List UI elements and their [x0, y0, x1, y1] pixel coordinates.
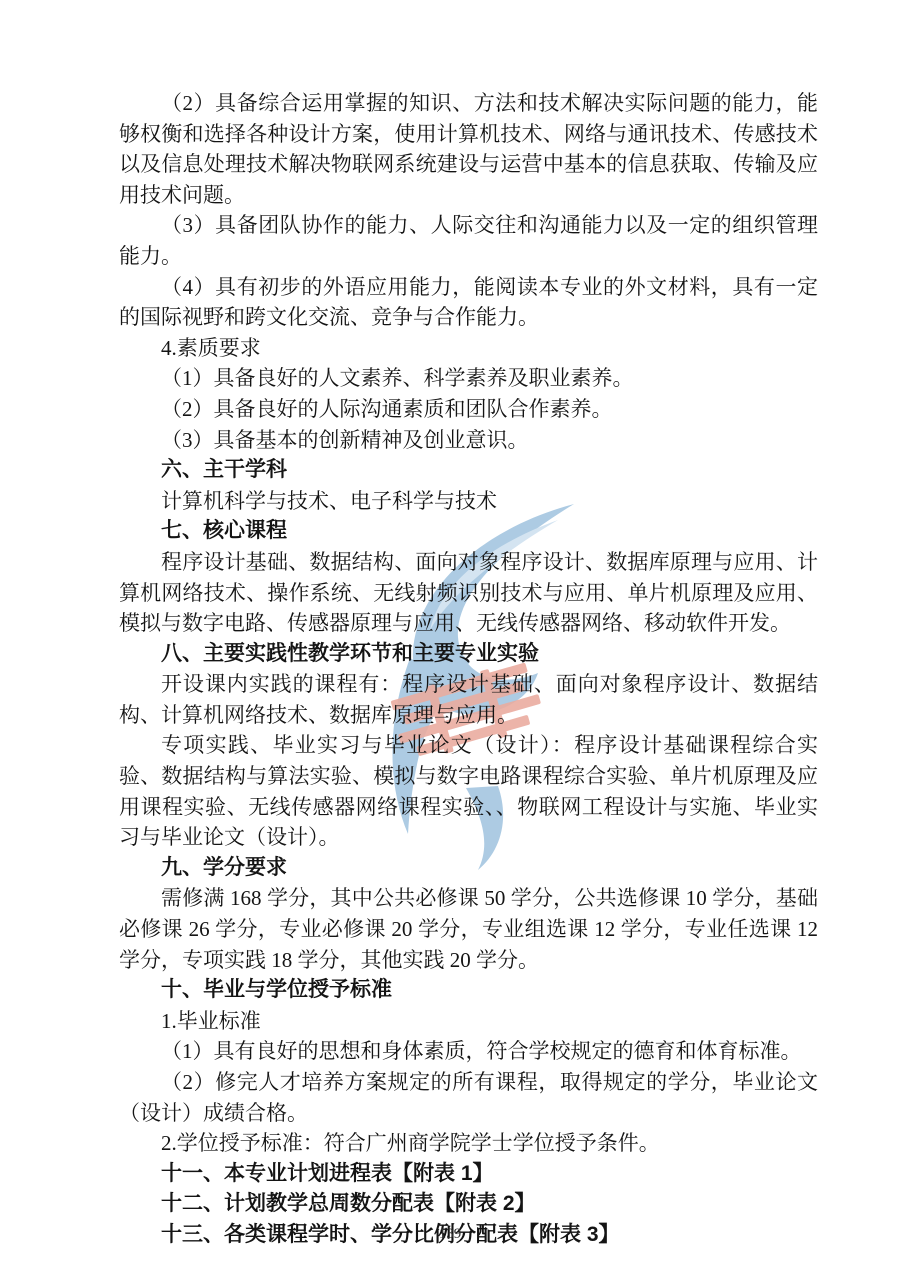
paragraph: 需修满 168 学分，其中公共必修课 50 学分，公共选修课 10 学分，基础必… [119, 883, 818, 975]
section-heading: 六、主干学科 [119, 455, 818, 486]
section-heading: 九、学分要求 [119, 853, 818, 884]
paragraph: 专项实践、毕业实习与毕业论文（设计）：程序设计基础课程综合实验、数据结构与算法实… [119, 730, 818, 852]
paragraph: 计算机科学与技术、电子科学与技术 [119, 486, 818, 517]
paragraph: 4.素质要求 [119, 333, 818, 364]
section-heading: 十一、本专业计划进程表【附表 1】 [119, 1159, 818, 1190]
section-heading: 八、主要实践性教学环节和主要专业实验 [119, 639, 818, 670]
paragraph: 1.毕业标准 [119, 1006, 818, 1037]
document-text-block: （2）具备综合运用掌握的知识、方法和技术解决实际问题的能力，能够权衡和选择各种设… [119, 88, 818, 1251]
paragraph: （1）具备良好的人文素养、科学素养及职业素养。 [119, 363, 818, 394]
paragraph: （3）具备团队协作的能力、人际交往和沟通能力以及一定的组织管理能力。 [119, 210, 818, 271]
document-page: （2）具备综合运用掌握的知识、方法和技术解决实际问题的能力，能够权衡和选择各种设… [0, 0, 900, 1272]
paragraph: 开设课内实践的课程有：程序设计基础、面向对象程序设计、数据结构、计算机网络技术、… [119, 669, 818, 730]
paragraph: （2）修完人才培养方案规定的所有课程，取得规定的学分，毕业论文（设计）成绩合格。 [119, 1067, 818, 1128]
paragraph: （2）具备综合运用掌握的知识、方法和技术解决实际问题的能力，能够权衡和选择各种设… [119, 88, 818, 210]
paragraph: 程序设计基础、数据结构、面向对象程序设计、数据库原理与应用、计算机网络技术、操作… [119, 547, 818, 639]
page-number: 139 [0, 1226, 900, 1243]
paragraph: （2）具备良好的人际沟通素质和团队合作素养。 [119, 394, 818, 425]
section-heading: 十二、计划教学总周数分配表【附表 2】 [119, 1189, 818, 1220]
paragraph: （1）具有良好的思想和身体素质，符合学校规定的德育和体育标准。 [119, 1036, 818, 1067]
paragraph: 2.学位授予标准：符合广州商学院学士学位授予条件。 [119, 1128, 818, 1159]
paragraph: （3）具备基本的创新精神及创业意识。 [119, 425, 818, 456]
section-heading: 十、毕业与学位授予标准 [119, 975, 818, 1006]
paragraph: （4）具有初步的外语应用能力，能阅读本专业的外文材料，具有一定的国际视野和跨文化… [119, 272, 818, 333]
section-heading: 七、核心课程 [119, 516, 818, 547]
